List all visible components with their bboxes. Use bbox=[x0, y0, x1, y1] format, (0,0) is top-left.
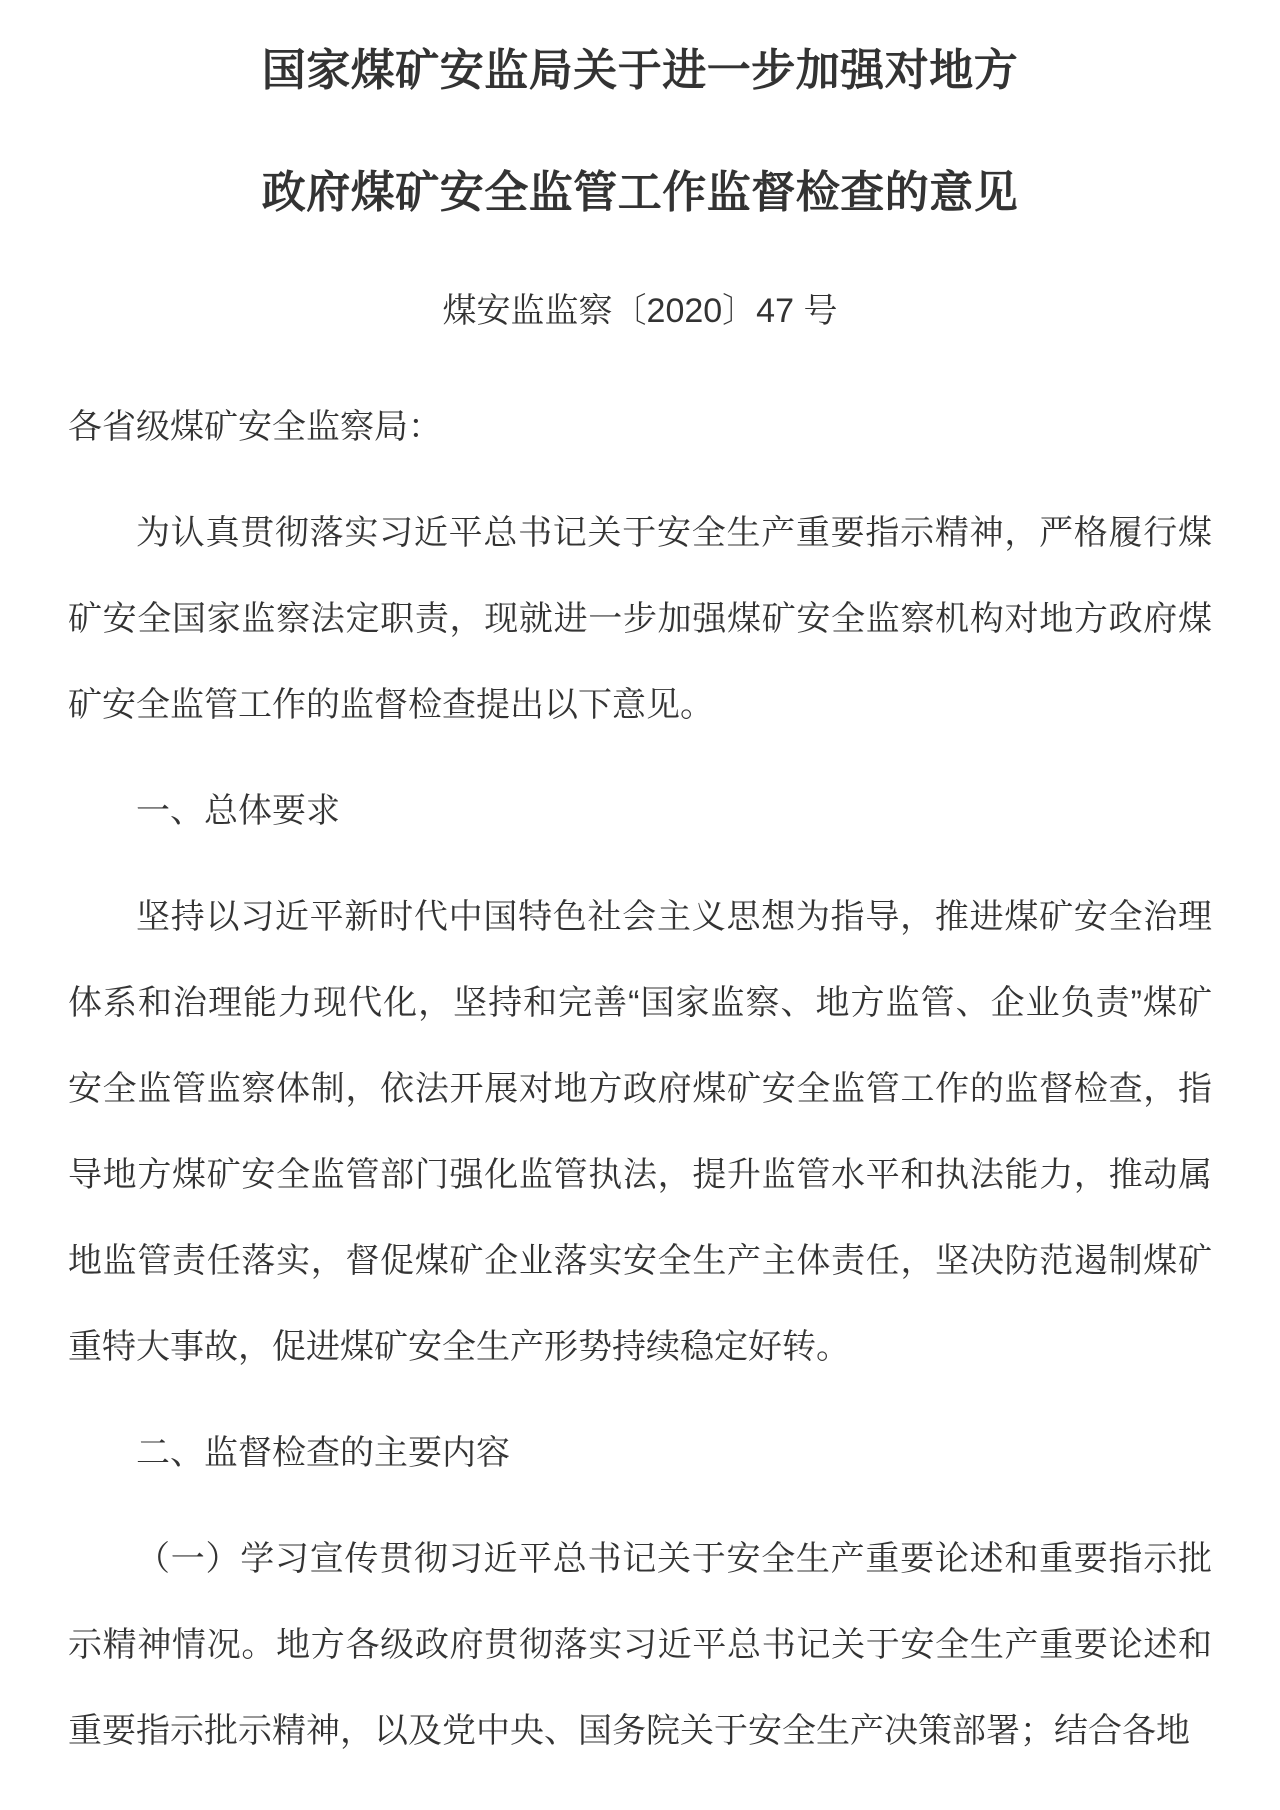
document-title-line-2: 政府煤矿安全监管工作监督检查的意见 bbox=[68, 132, 1212, 254]
paragraph-inspection-content: （一）学习宣传贯彻习近平总书记关于安全生产重要论述和重要指示批示精神情况。地方各… bbox=[68, 1516, 1212, 1774]
document-number: 煤安监监察〔2020〕47 号 bbox=[68, 268, 1212, 354]
paragraph-overall-requirements: 坚持以习近平新时代中国特色社会主义思想为指导，推进煤矿安全治理体系和治理能力现代… bbox=[68, 874, 1212, 1390]
document-title-line-1: 国家煤矿安监局关于进一步加强对地方 bbox=[68, 10, 1212, 132]
heading-section-2: 二、监督检查的主要内容 bbox=[68, 1410, 1212, 1496]
paragraph-intro: 为认真贯彻落实习近平总书记关于安全生产重要指示精神，严格履行煤矿安全国家监察法定… bbox=[68, 490, 1212, 748]
document-page: 国家煤矿安监局关于进一步加强对地方 政府煤矿安全监管工作监督检查的意见 煤安监监… bbox=[0, 0, 1280, 1810]
document-title: 国家煤矿安监局关于进一步加强对地方 政府煤矿安全监管工作监督检查的意见 bbox=[68, 10, 1212, 254]
heading-section-1: 一、总体要求 bbox=[68, 768, 1212, 854]
salutation: 各省级煤矿安全监察局： bbox=[68, 384, 1212, 470]
